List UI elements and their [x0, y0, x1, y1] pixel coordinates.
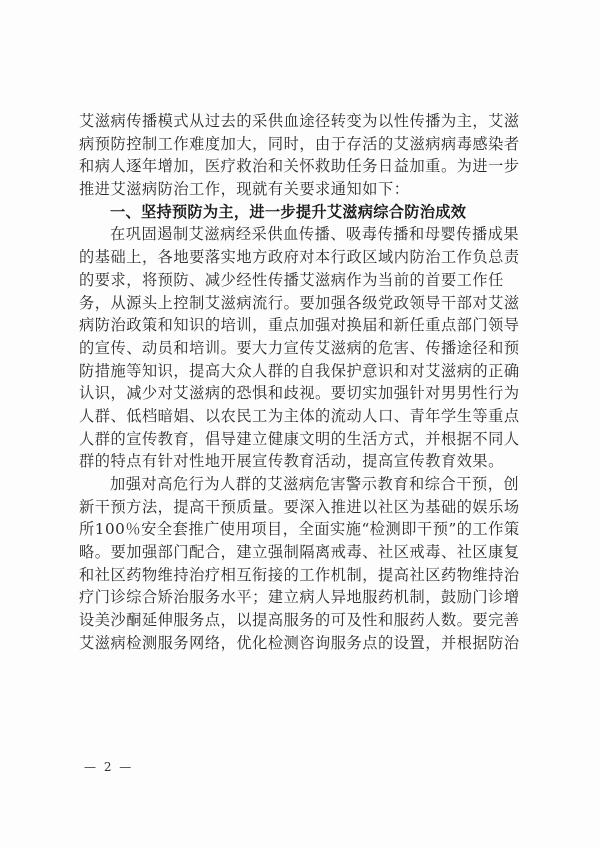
text-line: 的要求，将预防、减少经性传播艾滋病作为当前的首要工作任: [79, 269, 523, 292]
text-line: 所100％安全套推广使用项目，全面实施“检测即干预”的工作策: [79, 518, 523, 541]
text-line: 认识，减少对艾滋病的恐惧和歧视。要切实加强针对男男性行为: [79, 382, 523, 405]
text-line: 和社区药物维持治疗相互衔接的工作机制，提高社区药物维持治: [79, 564, 523, 587]
text-line: 防措施等知识，提高大众人群的自我保护意识和对艾滋病的正确: [79, 360, 523, 383]
text-line: 艾滋病传播模式从过去的采供血途径转变为以性传播为主，艾滋: [79, 110, 523, 133]
paragraph-start-line: 加强对高危行为人群的艾滋病危害警示教育和综合干预，创: [79, 473, 523, 496]
document-page: 艾滋病传播模式从过去的采供血途径转变为以性传播为主，艾滋 病预防控制工作难度加大…: [0, 0, 600, 848]
text-line: 和病人逐年增加，医疗救治和关怀救助任务日益加重。为进一步: [79, 155, 523, 178]
text-line: 艾滋病检测服务网络，优化检测咨询服务点的设置，并根据防治: [79, 632, 523, 655]
text-line: 人群、低档暗娼、以农民工为主体的流动人口、青年学生等重点: [79, 405, 523, 428]
page-number: — 2 —: [84, 760, 133, 774]
text-line: 设美沙酮延伸服务点，以提高服务的可及性和服药人数。要完善: [79, 609, 523, 632]
text-line: 病防治政策和知识的培训，重点加强对换届和新任重点部门领导: [79, 314, 523, 337]
text-line: 人群的宣传教育，倡导建立健康文明的生活方式，并根据不同人: [79, 428, 523, 451]
paragraph-start-line: 在巩固遏制艾滋病经采供血传播、吸毒传播和母婴传播成果: [79, 223, 523, 246]
text-line: 疗门诊综合矫治服务水平；建立病人异地服药机制，鼓励门诊增: [79, 586, 523, 609]
text-line: 略。要加强部门配合，建立强制隔离戒毒、社区戒毒、社区康复: [79, 541, 523, 564]
text-line: 推进艾滋病防治工作，现就有关要求通知如下：: [79, 178, 523, 201]
text-line: 的宣传、动员和培训。要大力宣传艾滋病的危害、传播途径和预: [79, 337, 523, 360]
text-line: 群的特点有针对性地开展宣传教育活动，提高宣传教育效果。: [79, 450, 523, 473]
text-line: 病预防控制工作难度加大，同时，由于存活的艾滋病病毒感染者: [79, 133, 523, 156]
document-body: 艾滋病传播模式从过去的采供血途径转变为以性传播为主，艾滋 病预防控制工作难度加大…: [79, 110, 523, 655]
text-line: 的基础上，各地要落实地方政府对本行政区域内防治工作负总责: [79, 246, 523, 269]
text-line: 务，从源头上控制艾滋病流行。要加强各级党政领导干部对艾滋: [79, 292, 523, 315]
section-heading: 一、坚持预防为主，进一步提升艾滋病综合防治成效: [79, 201, 523, 224]
text-line: 新干预方法，提高干预质量。要深入推进以社区为基础的娱乐场: [79, 496, 523, 519]
